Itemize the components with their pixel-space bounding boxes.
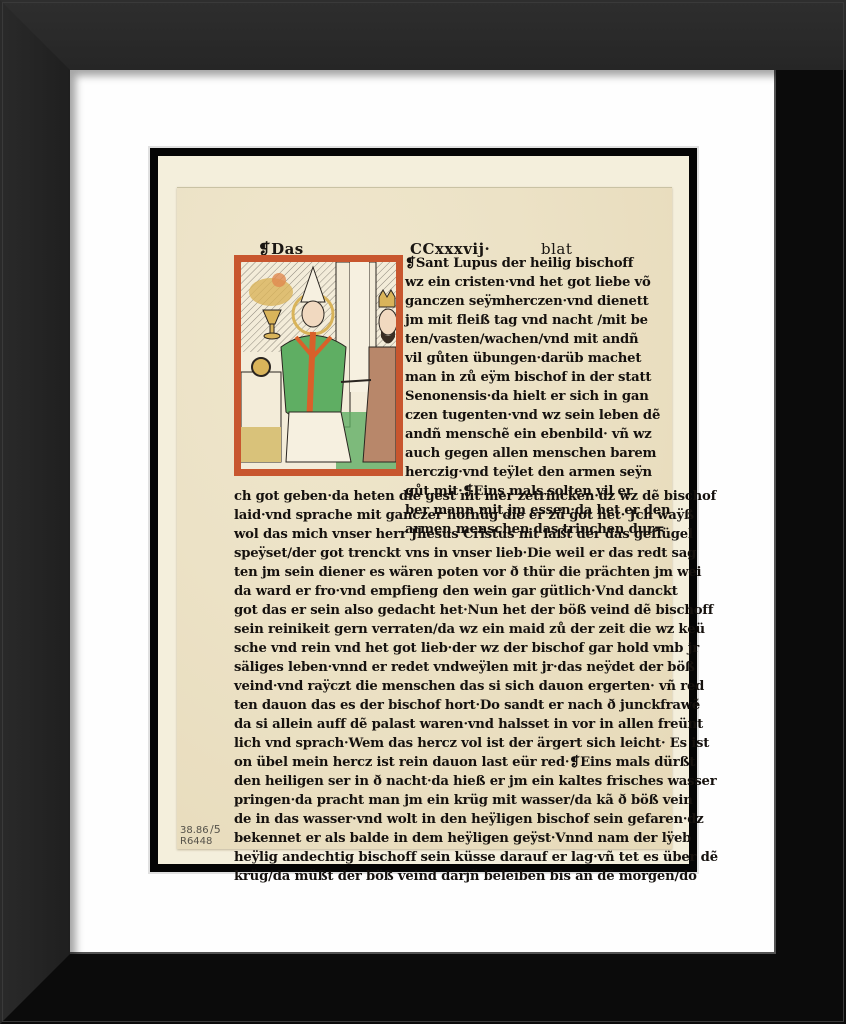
text-line: herczig·vnd teÿlet den armen seÿn: [405, 464, 652, 482]
text-line: got das er sein also gedacht het·Nun het…: [234, 602, 713, 620]
woodcut-illustration: [234, 255, 403, 476]
text-line: bekennet er als balde in dem heÿligen ge…: [234, 830, 691, 848]
text-line: säliges leben·vnnd er redet vndweÿlen mi…: [234, 659, 695, 677]
text-line: auch gegen allen menschen barem: [405, 445, 656, 463]
text-line: on übel mein hercz ist rein dauon last e…: [234, 754, 695, 772]
text-line: jm mit fleiß tag vnd nacht /mit be: [405, 312, 648, 330]
text-line: ch got geben·da heten die gest nit mer z…: [234, 488, 716, 506]
inventory-line-2: R6448: [180, 836, 212, 847]
text-line: czen tugenten·vnd wz sein leben dẽ: [405, 407, 660, 425]
text-line: ten jm sein diener es wären poten vor ð …: [234, 564, 701, 582]
text-line: wol das mich vnser herr Jhesus Cristus n…: [234, 526, 693, 544]
text-line: ten dauon das es der bischof hort·Do san…: [234, 697, 700, 715]
text-line: speÿset/der got trenckt vns in vnser lie…: [234, 545, 696, 563]
text-line: sche vnd rein vnd het got lieb·der wz de…: [234, 640, 699, 658]
inventory-number-note: 38.86 R6448 /5: [180, 825, 212, 847]
text-line: veind·vnd raÿczt die menschen das si sic…: [234, 678, 704, 696]
inventory-fraction: /5: [210, 824, 221, 835]
text-line: da si allein auff dẽ palast waren·vnd ha…: [234, 716, 703, 734]
text-line: vil gůten übungen·darüb machet: [405, 350, 641, 368]
text-line: ganczen seÿmherczen·vnd dienett: [405, 293, 649, 311]
text-line: krüg/da müßt der böß veind darjñ beleibe…: [234, 868, 697, 886]
text-line: man in zů eÿm bischof in der statt: [405, 369, 651, 387]
text-line: heÿlig andechtig bischoff sein küsse dar…: [234, 849, 718, 867]
inventory-line-1: 38.86: [180, 825, 212, 836]
text-line: ten/vasten/wachen/vnd mit andñ: [405, 331, 638, 349]
woodcut-scene-icon: [241, 262, 396, 469]
text-line: da ward er fro·vnd empfieng den wein gar…: [234, 583, 678, 601]
text-line: de in das wasser·vnd wolt in den heÿlige…: [234, 811, 704, 829]
text-line: wz ein cristen·vnd het got liebe võ: [405, 274, 651, 292]
text-line: Senonensis·da hielt er sich in gan: [405, 388, 649, 406]
text-line: den heiligen ser in ð nacht·da hieß er j…: [234, 773, 716, 791]
text-line: lich vnd sprach·Wem das hercz vol ist de…: [234, 735, 709, 753]
text-line: sein reinikeit gern verraten/da wz ein m…: [234, 621, 705, 639]
text-line: andñ menschẽ ein ebenbild· vñ wz: [405, 426, 652, 444]
text-line: pringen·da pracht man jm ein krüg mit wa…: [234, 792, 693, 810]
text-line: ❡Sant Lupus der heilig bischoff: [405, 255, 633, 273]
text-line: laid·vnd sprache mit ganczer hofnüg die …: [234, 507, 694, 525]
